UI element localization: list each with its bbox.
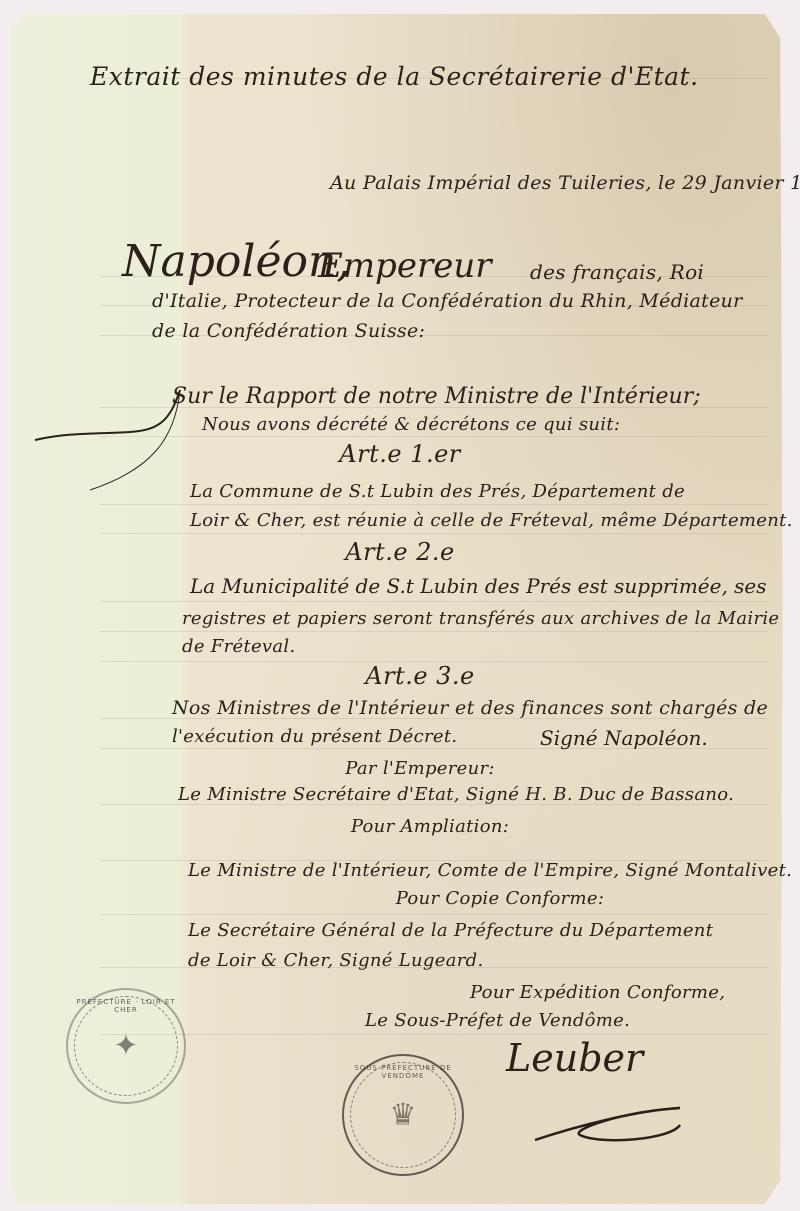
emperor-rank: Empereur [318,246,491,286]
by-emperor: Par l'Empereur: [345,758,494,779]
ampliation-line: Le Ministre de l'Intérieur, Comte de l'E… [188,860,792,881]
article-3-line2: l'exécution du présent Décret. [172,726,457,747]
ruled-line [100,533,768,534]
preamble-line2: Nous avons décrété & décrétons ce qui su… [202,414,620,435]
place-date: Au Palais Impérial des Tuileries, le 29 … [330,172,800,194]
ruled-line [100,601,768,602]
article-2-line1: La Municipalité de S.t Lubin des Prés es… [190,574,767,598]
copy-line1: Le Secrétaire Général de la Préfecture d… [188,920,713,941]
napoleon-signature: Signé Napoléon. [540,726,708,750]
title-line3: de la Confédération Suisse: [152,320,425,342]
document-header: Extrait des minutes de la Secrétairerie … [90,62,699,91]
expedition-line: Le Sous-Préfet de Vendôme. [365,1010,630,1031]
article-1-heading: Art.e 1.er [339,440,460,468]
ruled-line [100,631,768,632]
article-3-line1: Nos Ministres de l'Intérieur et des fina… [172,697,768,719]
article-1-line2: Loir & Cher, est réunie à celle de Fréte… [190,510,793,531]
emperor-name: Napoléon, [122,236,350,287]
title-line1-rest: des français, Roi [530,260,704,284]
eagle-emblem-icon: ♛ [390,1098,417,1133]
article-2-heading: Art.e 2.e [345,538,455,566]
title-line2: d'Italie, Protecteur de la Confédération… [152,290,743,312]
article-3-heading: Art.e 3.e [365,662,475,690]
signature-flourish [520,1090,700,1150]
stamp-label: PRÉFECTURE · LOIR ET CHER [68,998,184,1014]
ruled-line [100,504,768,505]
ruled-line [100,436,768,437]
sub-prefect-signature: Leuber [506,1036,643,1080]
margin-flourish [30,380,190,500]
preamble-line1: Sur le Rapport de notre Ministre de l'In… [172,384,701,409]
ampliation-heading: Pour Ampliation: [351,816,509,837]
expedition-heading: Pour Expédition Conforme, [470,982,725,1003]
ruled-line [100,1034,768,1035]
copy-heading: Pour Copie Conforme: [396,888,605,909]
article-2-line3: de Fréteval. [182,636,296,657]
article-2-line2: registres et papiers seront transférés a… [182,608,779,629]
prefecture-stamp: PRÉFECTURE · LOIR ET CHER ✦ [66,988,186,1104]
copy-line2: de Loir & Cher, Signé Lugeard. [188,950,483,971]
stamp-label: SOUS PRÉFECTURE DE VENDÔME [344,1064,462,1080]
article-1-line1: La Commune de S.t Lubin des Prés, Départ… [190,481,685,502]
secretary-line: Le Ministre Secrétaire d'Etat, Signé H. … [178,784,734,805]
stamp-emblem-icon: ✦ [113,1029,138,1064]
sous-prefecture-stamp: SOUS PRÉFECTURE DE VENDÔME ♛ [342,1054,464,1176]
ruled-line [100,914,768,915]
